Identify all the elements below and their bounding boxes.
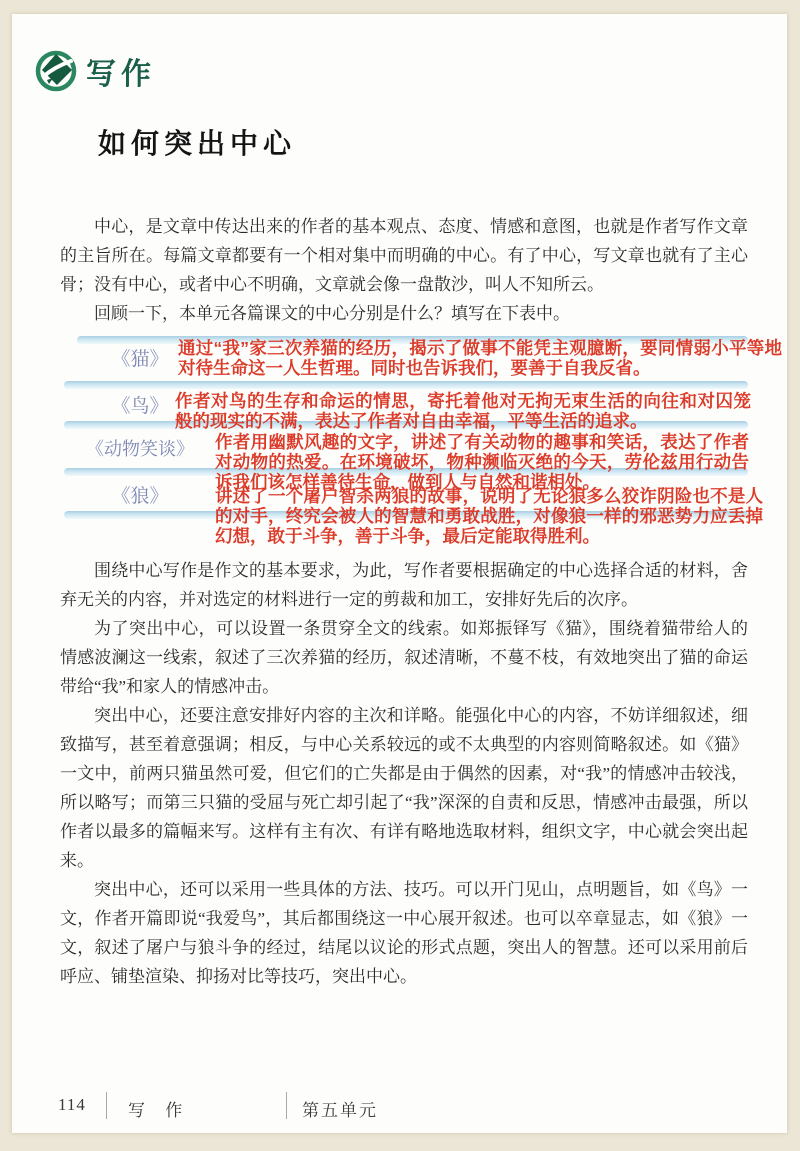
paragraph: 回顾一下，本单元各篇课文的中心分别是什么？填写在下表中。 bbox=[60, 299, 748, 328]
lesson-center-table: 《猫》 通过“我”家三次养猫的经历，揭示了做事不能凭主观臆断，要同情弱小平等地对… bbox=[60, 336, 748, 548]
page-number: 114 bbox=[58, 1095, 86, 1115]
section-header: 写作 bbox=[34, 48, 156, 94]
section-label: 写作 bbox=[86, 49, 156, 93]
page-footer: 114 写 作 第五单元 bbox=[12, 1095, 787, 1125]
paragraph: 突出中心，还可以采用一些具体的方法、技巧。可以开门见山，点明题旨，如《鸟》一文，… bbox=[60, 875, 748, 991]
handwritten-answer-cat: 通过“我”家三次养猫的经历，揭示了做事不能凭主观臆断，要同情弱小平等地对待生命这… bbox=[178, 338, 782, 378]
body-text: 中心，是文章中传达出来的作者的基本观点、态度、情感和意图，也就是作者写作文章的主… bbox=[60, 212, 748, 991]
footer-divider bbox=[106, 1092, 107, 1119]
footer-section-label: 写 作 bbox=[128, 1096, 190, 1121]
paragraph: 为了突出中心，可以设置一条贯穿全文的线索。如郑振铎写《猫》，围绕着猫带给人的情感… bbox=[60, 614, 748, 701]
paragraph: 围绕中心写作是作文的基本要求，为此，写作者要根据确定的中心选择合适的材料，舍弃无… bbox=[60, 556, 748, 614]
lesson-title-animal-anecdotes: 《动物笑谈》 bbox=[60, 435, 220, 461]
paragraph: 中心，是文章中传达出来的作者的基本观点、态度、情感和意图，也就是作者写作文章的主… bbox=[60, 212, 748, 299]
handwritten-answer-bird: 作者对鸟的生存和命运的情思，寄托着他对无拘无束生活的向往和对囚笼般的现实的不满，… bbox=[175, 391, 751, 431]
handwritten-answer-wolf: 讲述了一个屠户智杀两狼的故事，说明了无论狼多么狡诈阴险也不是人的对手，终究会被人… bbox=[215, 486, 763, 546]
textbook-scan: { "header": { "section_label": "写作", "ic… bbox=[0, 0, 800, 1151]
lesson-title-wolf: 《狼》 bbox=[60, 481, 220, 508]
footer-unit-label: 第五单元 bbox=[302, 1096, 378, 1121]
handwritten-answer-animal-anecdotes: 作者用幽默风趣的文字，讲述了有关动物的趣事和笑话，表达了作者对动物的热爱。在环境… bbox=[215, 432, 749, 492]
paragraph: 突出中心，还要注意安排好内容的主次和详略。能强化中心的内容，不妨详细叙述，细致描… bbox=[60, 701, 748, 875]
writing-section-icon bbox=[34, 49, 78, 93]
table-row-divider bbox=[64, 381, 748, 389]
footer-divider bbox=[286, 1092, 287, 1119]
book-page: 写作 如何突出中心 中心，是文章中传达出来的作者的基本观点、态度、情感和意图，也… bbox=[12, 14, 787, 1133]
page-title: 如何突出中心 bbox=[98, 122, 296, 162]
